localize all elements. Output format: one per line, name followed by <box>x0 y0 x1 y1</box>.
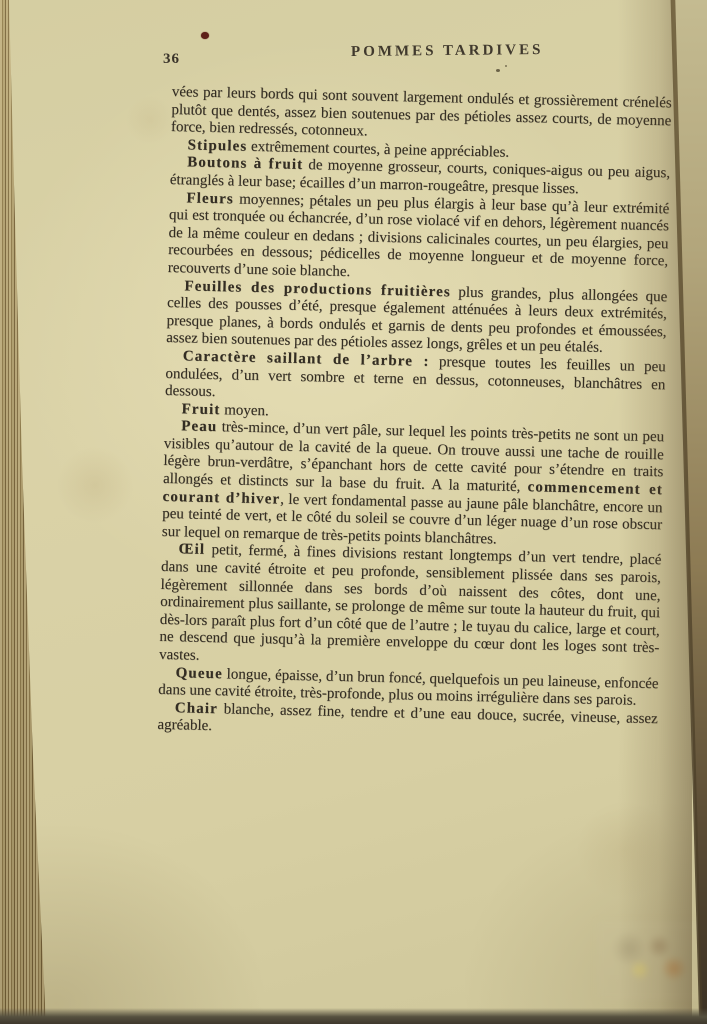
term-label: Stipules <box>187 137 247 154</box>
paragraph-text: vées par leurs bords qui sont souvent la… <box>171 84 672 140</box>
bottom-page-shadow <box>0 1008 707 1024</box>
bleedthrough-photo <box>597 921 704 1000</box>
red-ink-speck <box>201 32 209 39</box>
paragraph: Œil petit, fermé, à fines divisions rest… <box>159 541 662 675</box>
paragraph-text: moyennes; pétales un peu plus élargis à … <box>168 191 670 280</box>
paragraph-text: petit, fermé, à fines divisions restant … <box>159 542 662 663</box>
paper-speck <box>496 69 500 72</box>
paragraph: Feuilles des productions fruitières plus… <box>166 277 667 359</box>
term-label: Boutons à fruit <box>187 155 303 174</box>
term-label: Queue <box>175 665 223 682</box>
book-fore-edge-pages <box>0 0 52 1024</box>
paragraph: Peau très-mince, d’un vert pâle, sur leq… <box>162 418 665 552</box>
page-text: vées par leurs bords qui sont souvent la… <box>157 84 672 746</box>
term-label: Chair <box>175 700 218 717</box>
term-label: Fleurs <box>186 190 234 207</box>
page-number: 36 <box>163 51 180 68</box>
scanned-book-page: 36 POMMES TARDIVES vées par leurs bords … <box>0 0 707 1024</box>
paper-speck <box>505 65 507 67</box>
term-label: Œil <box>178 542 205 559</box>
term-label: Peau <box>181 419 217 436</box>
running-title: POMMES TARDIVES <box>351 42 544 61</box>
paragraph-text: moyen. <box>220 402 269 419</box>
term-label: Fruit <box>181 401 220 418</box>
paragraph: Fleurs moyennes; pétales un peu plus éla… <box>168 190 670 289</box>
